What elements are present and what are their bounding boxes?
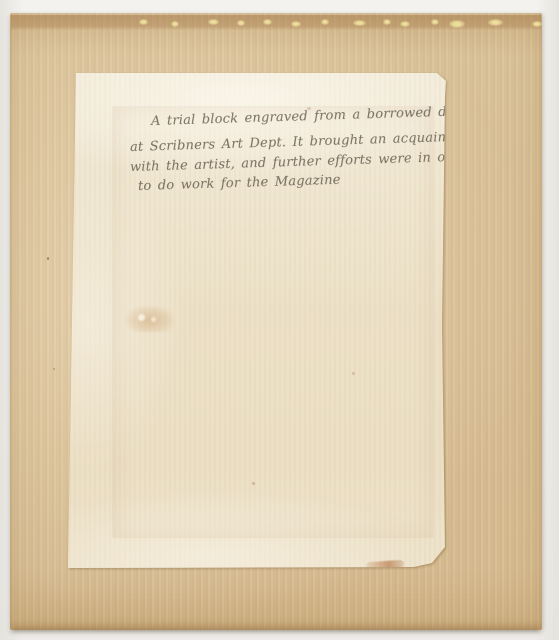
adhesive-fleck — [237, 20, 245, 26]
adhesive-fleck — [431, 19, 439, 25]
adhesive-fleck — [263, 19, 272, 25]
mounted-paper: A trial block engraved from a borrowed d… — [64, 70, 456, 574]
adhesive-strip — [11, 15, 541, 30]
adhesive-fleck — [400, 21, 410, 27]
paper-speck — [352, 372, 355, 375]
board-shadow — [14, 629, 538, 633]
scan-background: A trial block engraved from a borrowed d… — [0, 0, 559, 640]
adhesive-fleck — [291, 21, 301, 27]
stain-smudge — [126, 306, 174, 332]
adhesive-fleck — [321, 19, 329, 25]
paper-sheet: A trial block engraved from a borrowed d… — [64, 70, 456, 574]
adhesive-fleck — [171, 21, 179, 27]
corner-stain — [366, 560, 404, 571]
board-speck — [53, 368, 55, 370]
adhesive-fleck — [139, 19, 148, 25]
adhesive-fleck — [208, 19, 219, 25]
adhesive-fleck — [383, 19, 391, 25]
paper-speck — [307, 107, 311, 110]
adhesive-fleck — [353, 20, 366, 26]
adhesive-fleck — [532, 21, 542, 27]
adhesive-fleck — [488, 19, 503, 26]
mat-board: A trial block engraved from a borrowed d… — [10, 13, 542, 630]
adhesive-fleck — [449, 20, 465, 28]
paper-speck — [252, 482, 255, 485]
board-speck — [47, 257, 49, 260]
